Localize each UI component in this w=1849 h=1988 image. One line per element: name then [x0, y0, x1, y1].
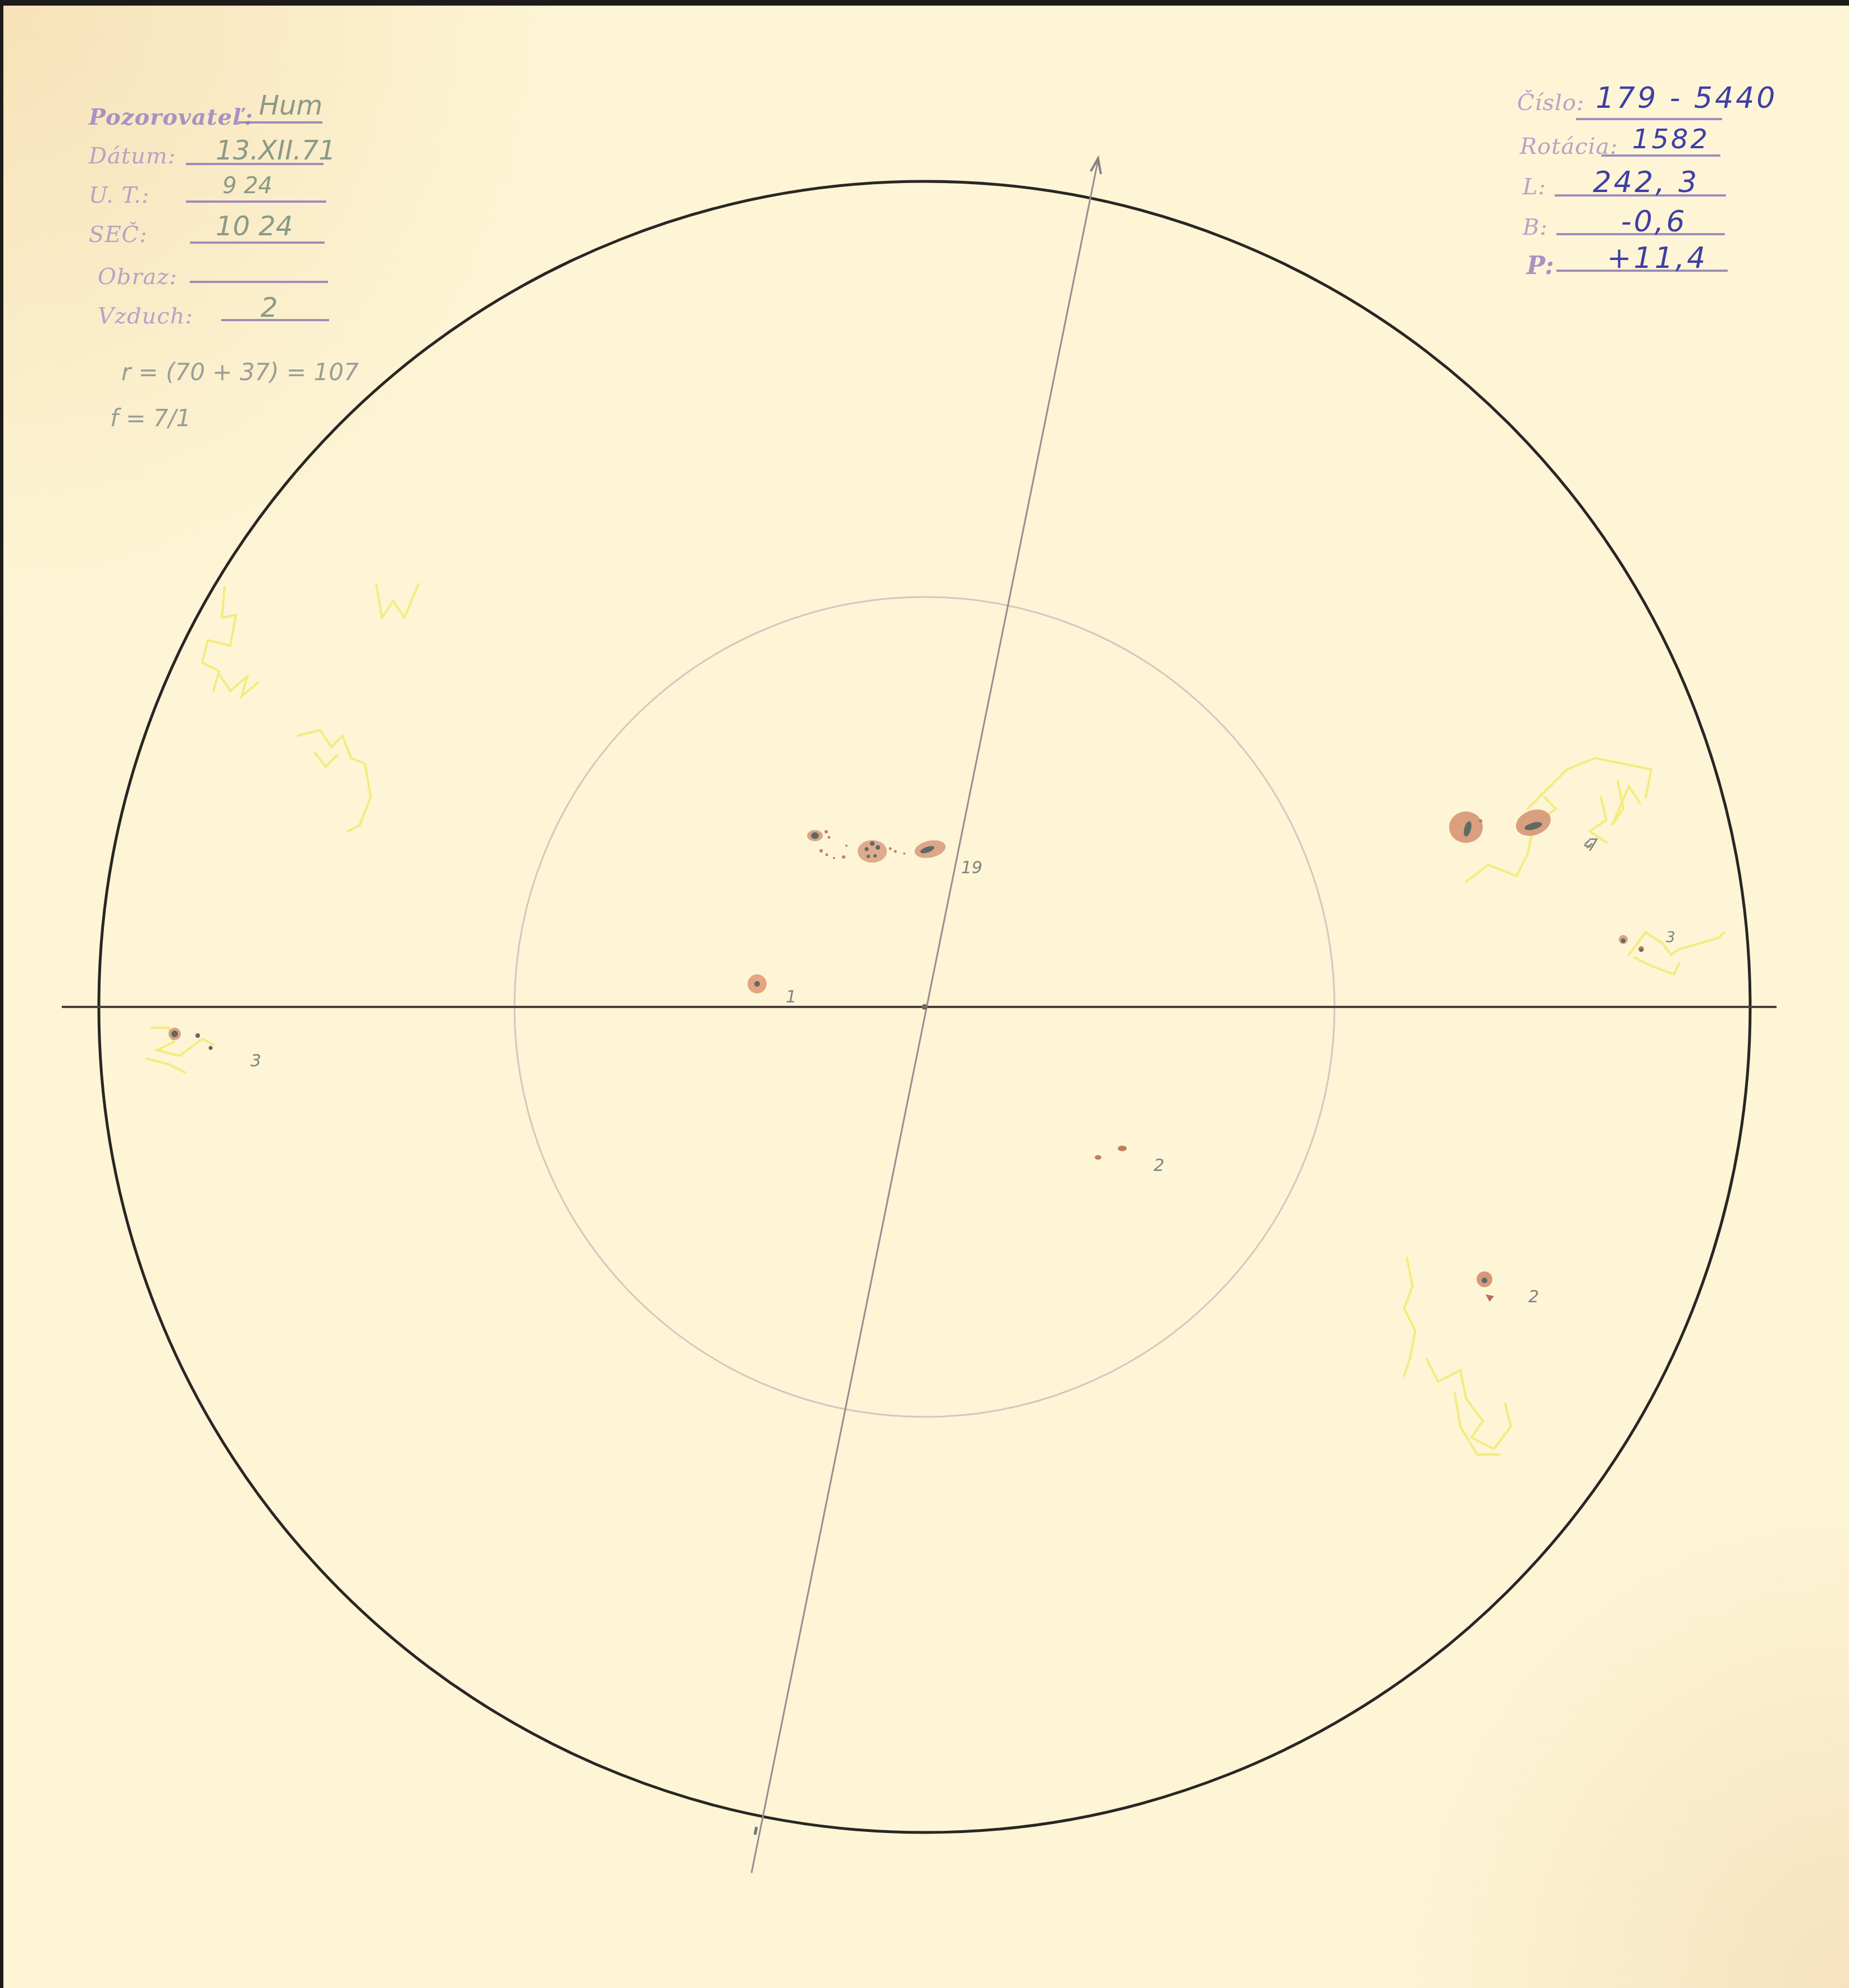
group-label-7: 7 [1587, 836, 1598, 855]
group-label-3-right: 3 [1666, 929, 1675, 946]
rotation-axis [752, 160, 1098, 1873]
p-label: P: [1527, 252, 1555, 280]
group-label-2-lower: 2 [1528, 1287, 1539, 1307]
south-tick-mark [754, 1827, 758, 1835]
group-label-19: 19 [961, 858, 982, 878]
p-value: +11,4 [1607, 241, 1707, 275]
faculae [146, 584, 1724, 1454]
date-value: 13.XII.71 [216, 135, 336, 166]
date-label: Dátum: [89, 143, 176, 169]
relative-number-note: r = (70 + 37) = 107 [121, 358, 359, 386]
air-value: 2 [261, 292, 278, 323]
group-label-2-center: 2 [1154, 1156, 1164, 1175]
rotation-value: 1582 [1632, 124, 1710, 155]
l-label: L: [1523, 174, 1546, 200]
sec-label: SEČ: [89, 222, 148, 248]
disk-center-mark [922, 1004, 927, 1010]
ut-label: U. T.: [89, 183, 149, 208]
observer-line [238, 121, 322, 124]
sunspot-group-3-right [1619, 935, 1644, 952]
number-value: 179 - 5440 [1596, 81, 1777, 115]
sunspot-group-19 [807, 830, 948, 863]
b-value: -0,6 [1621, 205, 1687, 239]
image-label: Obraz: [98, 264, 177, 290]
air-label: Vzduch: [98, 303, 193, 329]
sunspot-group-7 [1449, 805, 1555, 843]
ut-value: 9 24 [222, 173, 272, 199]
group-label-3-left: 3 [251, 1051, 261, 1071]
sunspot-group-1 [748, 974, 767, 993]
sunspot-group-2-center [1095, 1146, 1127, 1160]
ut-line [186, 200, 326, 203]
observer-label: Pozorovateľ: [89, 104, 253, 130]
number-label: Číslo: [1517, 90, 1584, 116]
f-note: f = 7/1 [110, 404, 191, 432]
solar-disk-drawing [3, 6, 1849, 1988]
sec-value: 10 24 [216, 211, 293, 242]
image-line [190, 281, 328, 283]
drawing-sheet: Pozorovateľ: Hum Dátum: 13.XII.71 U. T.:… [3, 6, 1849, 1988]
group-label-1: 1 [786, 987, 796, 1007]
number-line [1576, 118, 1722, 120]
sunspot-group-2-lower [1477, 1271, 1494, 1302]
b-label: B: [1523, 215, 1548, 240]
observer-value: Hum [259, 90, 322, 121]
l-value: 242, 3 [1593, 166, 1699, 199]
